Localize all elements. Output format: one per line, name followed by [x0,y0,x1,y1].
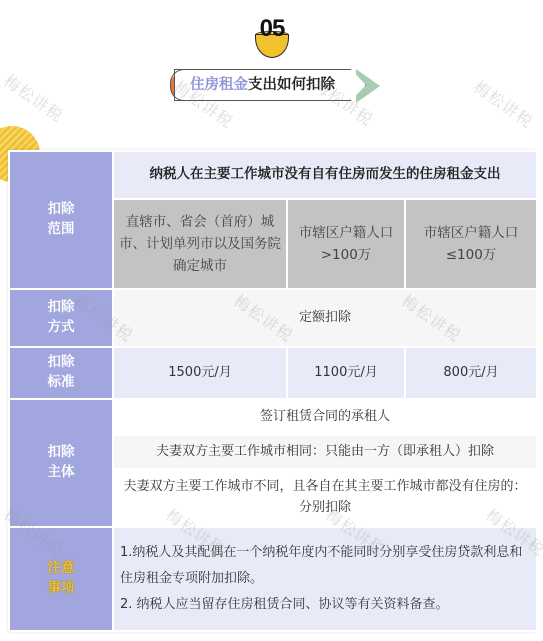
subject-row-same-city: 夫妻双方主要工作城市相同：只能由一方（即承租人）扣除 [113,435,537,469]
label-line: 标准 [10,373,112,393]
label-line: 扣除 [10,298,112,318]
table-row-subject-1: 扣除 主体 签订租赁合同的承租人 [9,399,537,435]
watermark: 梅松讲税 [0,69,68,127]
table-row-standard: 扣除 标准 1500元/月 1100元/月 800元/月 [9,347,537,399]
label-line: 注意 [10,559,112,579]
label-line: 主体 [10,463,112,483]
scope-title: 纳税人在主要工作城市没有自有住房而发生的住房租金支出 [113,151,537,199]
standard-value-under-1m: 800元/月 [405,347,537,399]
section-number-badge: 05 [252,14,292,62]
cell-line: ≤100万 [406,244,536,266]
title-banner: 住房租金支出如何扣除 [160,65,382,105]
label-line: 扣除 [10,200,112,220]
cell-line: 市、计划单列市以及国务院 [114,233,286,255]
label-line: 扣除 [10,443,112,463]
table-row-scope-title: 扣除 范围 纳税人在主要工作城市没有自有住房而发生的住房租金支出 [9,151,537,199]
deduction-table: 扣除 范围 纳税人在主要工作城市没有自有住房而发生的住房租金支出 直辖市、省会（… [8,150,538,632]
subject-row-different-city: 夫妻双方主要工作城市不同，且各自在其主要工作城市都没有住房的：分别扣除 [113,469,537,527]
label-line: 范围 [10,220,112,240]
standard-value-major-cities: 1500元/月 [113,347,287,399]
cell-line: >100万 [288,244,404,266]
scope-col-under-1m: 市辖区户籍人口 ≤100万 [405,199,537,289]
cell-line: 直辖市、省会（首府）城 [114,211,286,233]
scope-col-major-cities: 直辖市、省会（首府）城 市、计划单列市以及国务院 确定城市 [113,199,287,289]
note-item: 2. 纳税人应当留存住房租赁合同、协议等有关资料备查。 [120,592,530,618]
standard-value-over-1m: 1100元/月 [287,347,405,399]
method-value: 定额扣除 [113,289,537,347]
cell-line: 市辖区户籍人口 [406,222,536,244]
subject-row-tenant: 签订租赁合同的承租人 [113,399,537,435]
table-row-notes: 注意 事项 1.纳税人及其配偶在一个纳税年度内不能同时分别享受住房贷款利息和住房… [9,527,537,631]
banner-frame-left [170,69,184,101]
watermark: 梅松讲税 [470,75,539,133]
deduction-table-container: 扣除 范围 纳税人在主要工作城市没有自有住房而发生的住房租金支出 直辖市、省会（… [8,150,536,632]
table-row-method: 扣除 方式 定额扣除 [9,289,537,347]
row-label-method: 扣除 方式 [9,289,113,347]
notes-content: 1.纳税人及其配偶在一个纳税年度内不能同时分别享受住房贷款利息和住房租金专项附加… [113,527,537,631]
row-label-notes: 注意 事项 [9,527,113,631]
label-line: 事项 [10,579,112,599]
page-title: 住房租金支出如何扣除 [190,69,335,101]
row-label-subject: 扣除 主体 [9,399,113,527]
scope-col-over-1m: 市辖区户籍人口 >100万 [287,199,405,289]
page-title-rest: 支出如何扣除 [248,77,335,93]
row-label-scope: 扣除 范围 [9,151,113,289]
row-label-standard: 扣除 标准 [9,347,113,399]
label-line: 扣除 [10,353,112,373]
page-title-highlight: 住房租金 [190,77,248,93]
note-item: 1.纳税人及其配偶在一个纳税年度内不能同时分别享受住房贷款利息和住房租金专项附加… [120,540,530,592]
section-number: 05 [252,14,292,44]
label-line: 方式 [10,318,112,338]
cell-line: 确定城市 [114,255,286,277]
cell-line: 市辖区户籍人口 [288,222,404,244]
